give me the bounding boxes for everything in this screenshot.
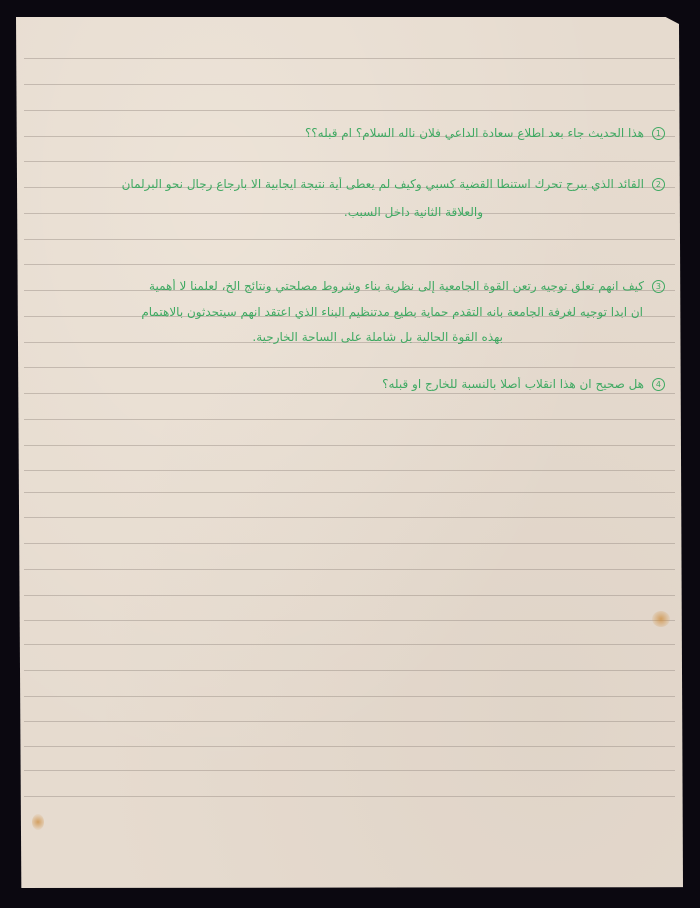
ruled-line <box>24 746 675 747</box>
note-item-3-line-1: 3كيف انهم تعلق توجيه رتعن القوة الجامعية… <box>25 279 665 293</box>
ruled-line <box>24 670 675 671</box>
ruled-line <box>24 110 675 111</box>
item-text: والعلاقة الثانية داخل السبب. <box>344 205 483 219</box>
ruled-line <box>24 770 675 771</box>
item-number-circle: 3 <box>652 280 665 293</box>
ruled-line <box>24 58 675 59</box>
ruled-line <box>24 161 675 162</box>
stain-mark <box>652 611 670 627</box>
item-text: القائد الذي يبرح تحرك استنطا القضية كسبي… <box>122 177 644 191</box>
ruled-line <box>24 517 675 518</box>
ruled-line <box>24 393 675 394</box>
item-number-circle: 4 <box>652 378 665 391</box>
ruled-line <box>24 264 675 265</box>
item-text: هذا الحديث جاء بعد اطلاع سعادة الداعي فل… <box>305 126 644 140</box>
ruled-line <box>24 84 675 85</box>
ruled-line <box>24 620 675 621</box>
ruled-line <box>24 543 675 544</box>
note-item-3-line-3: بهذه القوة الحالية بل شاملة على الساحة ا… <box>23 330 503 344</box>
ruled-line <box>24 492 675 493</box>
item-text: بهذه القوة الحالية بل شاملة على الساحة ا… <box>252 330 503 344</box>
ruled-line <box>24 470 675 471</box>
stain-mark <box>32 814 44 830</box>
ruled-line <box>24 367 675 368</box>
item-number-circle: 2 <box>652 178 665 191</box>
item-text: ان ابدا توجيه لغرفة الجامعة بانه التقدم … <box>141 305 643 319</box>
ruled-line <box>24 595 675 596</box>
item-text: كيف انهم تعلق توجيه رتعن القوة الجامعية … <box>149 279 644 293</box>
item-text: هل صحيح ان هذا انقلاب أصلا بالنسبة للخار… <box>382 377 644 391</box>
ruled-line <box>24 445 675 446</box>
note-item-3-line-2: ان ابدا توجيه لغرفة الجامعة بانه التقدم … <box>23 305 643 319</box>
ruled-line <box>24 644 675 645</box>
ruled-line <box>24 696 675 697</box>
ruled-line <box>24 796 675 797</box>
ruled-line <box>24 721 675 722</box>
note-item-4-line-1: 4هل صحيح ان هذا انقلاب أصلا بالنسبة للخا… <box>305 377 665 391</box>
note-item-2-line-2: والعلاقة الثانية داخل السبب. <box>23 205 483 219</box>
note-item-2-line-1: 2القائد الذي يبرح تحرك استنطا القضية كسب… <box>25 177 665 191</box>
ruled-line <box>24 419 675 420</box>
notebook-page: 1هذا الحديث جاء بعد اطلاع سعادة الداعي ف… <box>16 17 683 888</box>
item-number-circle: 1 <box>652 127 665 140</box>
note-item-1-line-1: 1هذا الحديث جاء بعد اطلاع سعادة الداعي ف… <box>245 126 665 140</box>
scan-background: 1هذا الحديث جاء بعد اطلاع سعادة الداعي ف… <box>0 0 700 908</box>
ruled-line <box>24 569 675 570</box>
ruled-line <box>24 239 675 240</box>
